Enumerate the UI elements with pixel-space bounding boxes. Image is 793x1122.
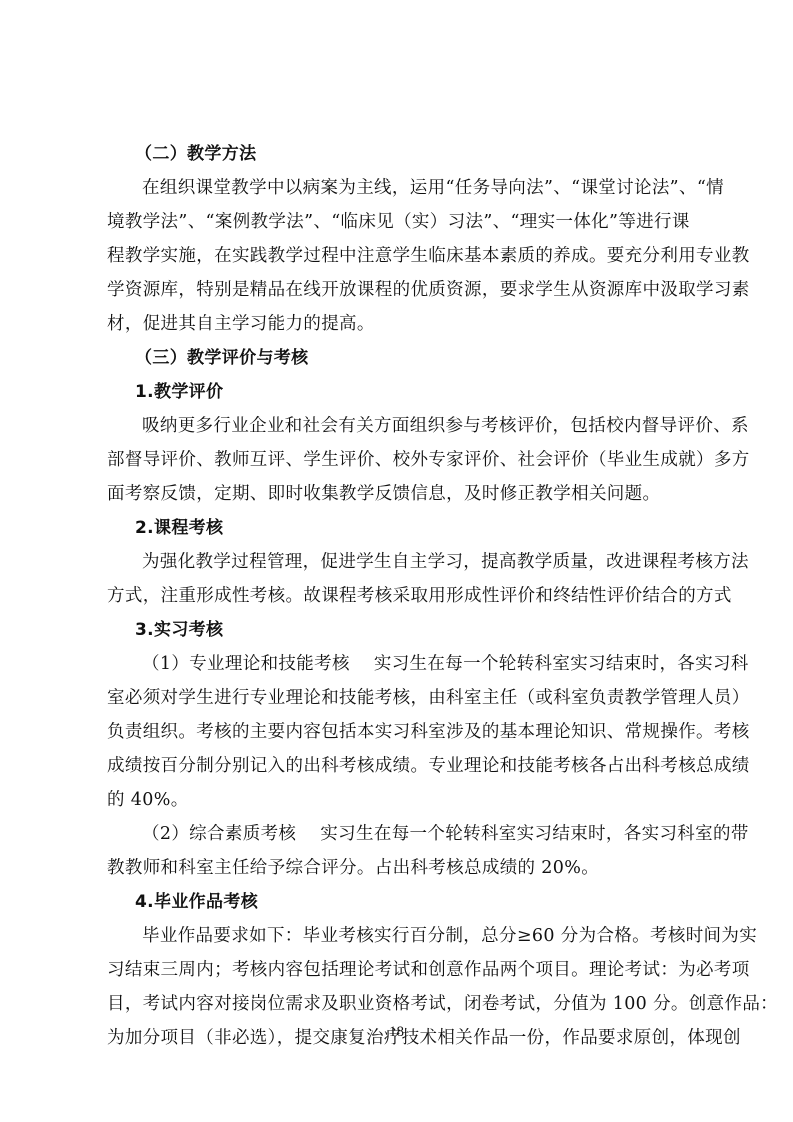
paragraph-line: 的 40%。 [107, 783, 689, 817]
paragraph-line: 室必须对学生进行专业理论和技能考核，由科室主任（或科室负责教学管理人员） [107, 681, 689, 715]
paragraph-line: 部督导评价、教师互评、学生评价、校外专家评价、社会评价（毕业生成就）多方 [107, 443, 689, 477]
paragraph-line: 教教师和科室主任给予综合评分。占出科考核总成绩的 20%。 [107, 851, 689, 885]
paragraph-line: （2）综合素质考核实习生在每一个轮转科室实习结束时，各实习科室的带 [107, 817, 689, 851]
paragraph-line: 材，促进其自主学习能力的提高。 [107, 307, 689, 341]
subsection-heading-teaching-evaluation: 1.教学评价 [107, 375, 689, 409]
paragraph-line: 习结束三周内；考核内容包括理论考试和创意作品两个项目。理论考试：为必考项 [107, 953, 689, 987]
paragraph-line: 为强化教学过程管理，促进学生自主学习，提高教学质量，改进课程考核方法 [107, 545, 689, 579]
paragraph-line: 吸纳更多行业企业和社会有关方面组织参与考核评价，包括校内督导评价、系 [107, 409, 689, 443]
page-number: 18 [0, 1024, 793, 1041]
paragraph-line: 成绩按百分制分别记入的出科考核成绩。专业理论和技能考核各占出科考核总成绩 [107, 749, 689, 783]
item-label: （1）专业理论和技能考核 [142, 654, 350, 674]
paragraph-line: 面考察反馈，定期、即时收集教学反馈信息，及时修正教学相关问题。 [107, 477, 689, 511]
item-text: 实习生在每一个轮转科室实习结束时，各实习科室的带 [320, 824, 748, 844]
paragraph-line: 毕业作品要求如下：毕业考核实行百分制，总分≥60 分为合格。考核时间为实 [107, 919, 689, 953]
paragraph-line: 在组织课堂教学中以病案为主线，运用“任务导向法”、“课堂讨论法”、“情 [107, 171, 689, 205]
subsection-heading-internship-assessment: 3.实习考核 [107, 613, 689, 647]
item-text: 实习生在每一个轮转科室实习结束时，各实习科 [374, 654, 749, 674]
item-label: （2）综合素质考核 [142, 824, 296, 844]
paragraph-line: 程教学实施，在实践教学过程中注意学生临床基本素质的养成。要充分利用专业教 [107, 239, 689, 273]
paragraph-line: 方式，注重形成性考核。故课程考核采取用形成性评价和终结性评价结合的方式 [107, 579, 689, 613]
paragraph-line: 学资源库，特别是精品在线开放课程的优质资源，要求学生从资源库中汲取学习素 [107, 273, 689, 307]
section-heading-evaluation: （三）教学评价与考核 [107, 341, 689, 375]
paragraph-line: （1）专业理论和技能考核实习生在每一个轮转科室实习结束时，各实习科 [107, 647, 689, 681]
paragraph-line: 负责组织。考核的主要内容包括本实习科室涉及的基本理论知识、常规操作。考核 [107, 715, 689, 749]
subsection-heading-course-assessment: 2.课程考核 [107, 511, 689, 545]
section-heading-teaching-methods: （二）教学方法 [107, 137, 689, 171]
paragraph-line: 境教学法”、“案例教学法”、“临床见（实）习法”、“理实一体化”等进行课 [107, 205, 689, 239]
paragraph-line: 目，考试内容对接岗位需求及职业资格考试，闭卷考试，分值为 100 分。创意作品： [107, 987, 689, 1021]
subsection-heading-graduation-work: 4.毕业作品考核 [107, 885, 689, 919]
document-page: （二）教学方法 在组织课堂教学中以病案为主线，运用“任务导向法”、“课堂讨论法”… [107, 137, 689, 1055]
